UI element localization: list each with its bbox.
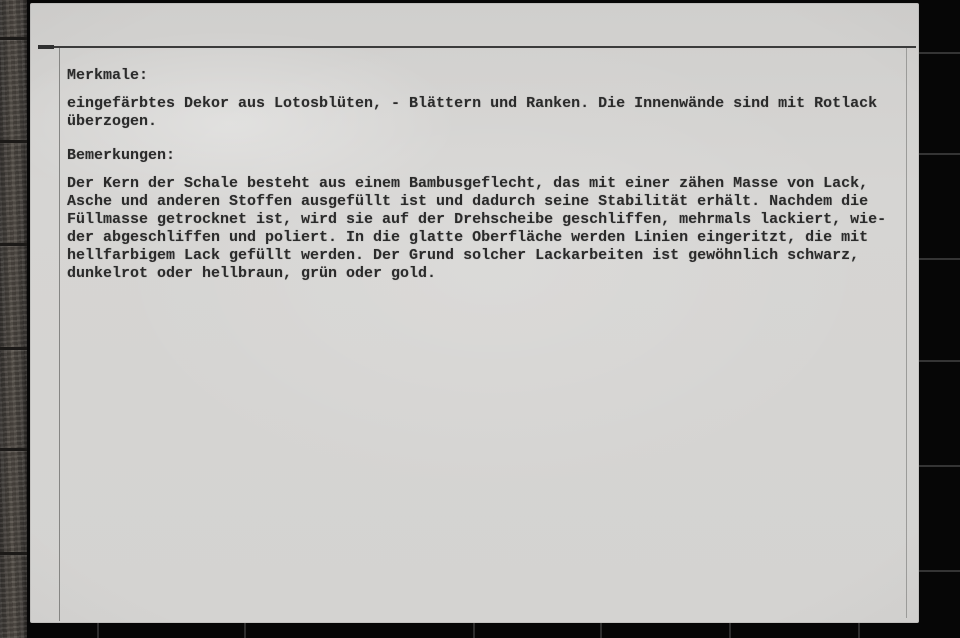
catalog-card: Merkmale: eingefärbtes Dekor aus Lotosbl… [30,3,919,623]
tile-seam [729,623,731,638]
tile-seam [917,465,960,467]
tile-seam [0,243,27,246]
tile-seam [917,52,960,54]
tile-seam [0,37,27,40]
section-body-bemerkungen: Der Kern der Schale besteht aus einem Ba… [67,175,897,283]
tile-seam [917,570,960,572]
typewritten-text-block: Merkmale: eingefärbtes Dekor aus Lotosbl… [67,67,897,283]
tile-seam [0,448,27,451]
photo-of-catalog-card: Merkmale: eingefärbtes Dekor aus Lotosbl… [0,0,960,638]
tile-seam [917,258,960,260]
tile-seam [244,623,246,638]
tile-seam [600,623,602,638]
section-label-bemerkungen: Bemerkungen: [67,147,897,165]
card-horizontal-rule [38,46,916,48]
tile-seam [0,552,27,555]
tile-seam [917,153,960,155]
card-right-margin-rule [906,48,907,618]
tile-seam [0,347,27,350]
tile-seam [0,140,27,143]
section-body-merkmale: eingefärbtes Dekor aus Lotosblüten, - Bl… [67,95,897,131]
wall-tile-strip-left [0,0,27,638]
section-label-merkmale: Merkmale: [67,67,897,85]
tile-seam [917,360,960,362]
tile-seam [858,623,860,638]
card-left-margin-rule [59,48,60,621]
tile-seam [97,623,99,638]
tile-seam [473,623,475,638]
